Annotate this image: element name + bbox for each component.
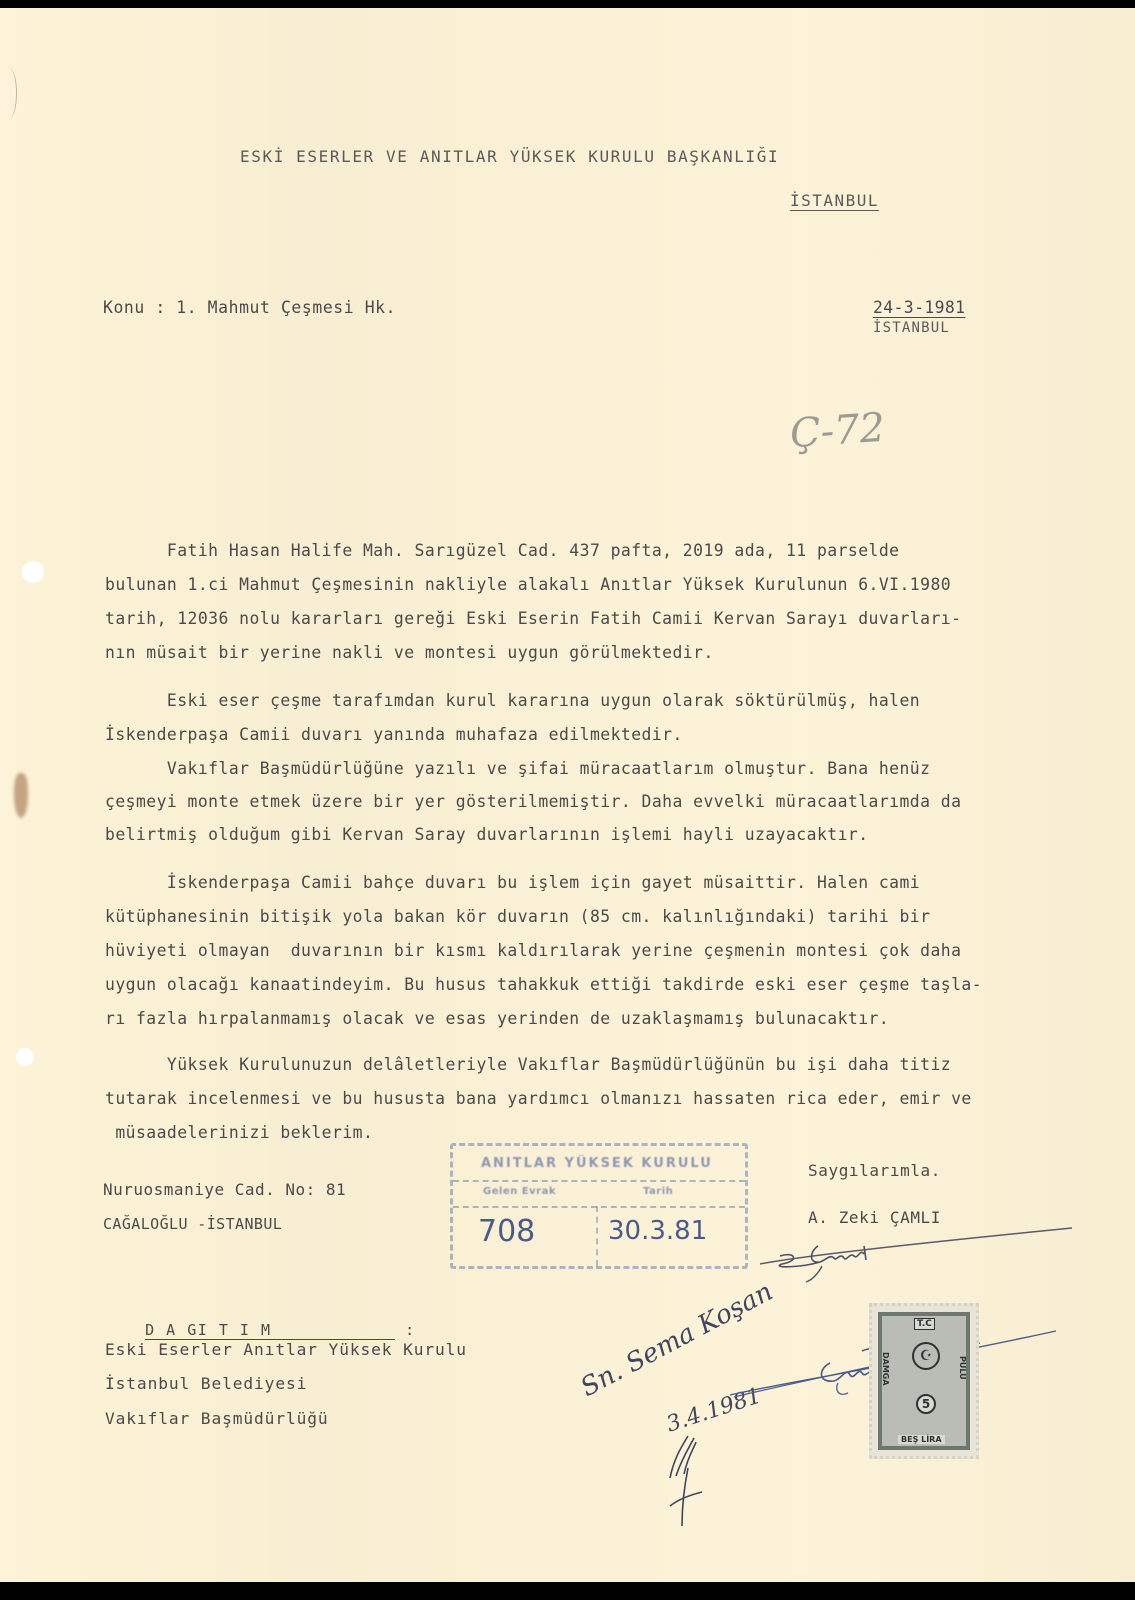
- revenue-stamp-right: PULU: [958, 1356, 967, 1380]
- handwritten-reference: Ç-72: [789, 405, 887, 458]
- body-line: bulunan 1.ci Mahmut Çeşmesinin nakliyle …: [105, 577, 951, 593]
- closing-salutation: Saygılarımla.: [808, 1163, 941, 1179]
- registry-number: 708: [478, 1214, 535, 1249]
- distribution-colon: :: [405, 1321, 416, 1339]
- body-line: Vakıflar Başmüdürlüğüne yazılı ve şifai …: [105, 761, 930, 777]
- letter-date: 24-3-1981: [873, 300, 965, 316]
- body-line: İskenderpaşa Camii duvarı yanında muhafa…: [105, 727, 683, 743]
- body-line: kütüphanesinin bitişik yola bakan kör du…: [105, 909, 930, 925]
- body-line: çeşmeyi monte etmek üzere bir yer göster…: [105, 794, 961, 810]
- sender-address-line2: CAĞALOĞLU -İSTANBUL: [103, 1217, 282, 1232]
- signature-top: [740, 1216, 1080, 1286]
- body-line: Yüksek Kurulunuzun delâletleriyle Vakıfl…: [105, 1057, 951, 1073]
- registry-stamp: ANITLAR YÜKSEK KURULU Gelen Evrak Tarih …: [450, 1143, 748, 1269]
- paper-stain: [14, 773, 28, 818]
- body-line: Eski eser çeşme tarafımdan kurul kararın…: [105, 693, 920, 709]
- body-line: hüviyeti olmayan duvarının bir kısmı kal…: [105, 943, 961, 959]
- revenue-stamp-denomination: BEŞ LİRA: [898, 1435, 945, 1444]
- stamp-header: ANITLAR YÜKSEK KURULU: [481, 1156, 713, 1171]
- crescent-star-icon: ☪: [912, 1342, 940, 1370]
- body-line: nın müsait bir yerine nakli ve montesi u…: [105, 645, 714, 661]
- body-line: uygun olacağı kanaatindeyim. Bu husus ta…: [105, 977, 982, 993]
- letter-page: ESKİ ESERLER VE ANITLAR YÜKSEK KURULU BA…: [0, 8, 1135, 1582]
- revenue-stamp: T.C DAMGA PULU ☪ 5 BEŞ LİRA: [869, 1303, 979, 1459]
- revenue-stamp-value: 5: [916, 1394, 936, 1414]
- letter-place: İSTANBUL: [873, 321, 950, 335]
- distribution-title-text: D A GI T I M: [145, 1323, 395, 1340]
- body-line: İskenderpaşa Camii bahçe duvarı bu işlem…: [105, 875, 920, 891]
- revenue-stamp-left: DAMGA: [881, 1352, 890, 1386]
- distribution-recipient: İstanbul Belediyesi: [105, 1376, 307, 1392]
- body-line: müsaadelerinizi beklerim.: [105, 1125, 373, 1141]
- subject-line: Konu : 1. Mahmut Çeşmesi Hk.: [103, 300, 396, 316]
- revenue-stamp-top: T.C: [914, 1318, 935, 1330]
- punch-hole: [22, 561, 44, 583]
- body-line: belirtmiş olduğum gibi Kervan Saray duva…: [105, 827, 869, 843]
- institution-heading: ESKİ ESERLER VE ANITLAR YÜKSEK KURULU BA…: [240, 149, 779, 165]
- sender-address-line1: Nuruosmaniye Cad. No: 81: [103, 1182, 346, 1198]
- stamp-sublabel: Tarih: [643, 1186, 673, 1197]
- stamp-sublabel: Gelen Evrak: [483, 1186, 556, 1197]
- body-line: tarih, 12036 nolu kararları gereği Eski …: [105, 611, 961, 627]
- registry-date: 30.3.81: [608, 1216, 707, 1246]
- distribution-recipient: Eski Eserler Anıtlar Yüksek Kurulu: [105, 1342, 467, 1358]
- annotation-initials: [660, 1428, 720, 1528]
- margin-mark: [2, 68, 17, 118]
- body-line: Fatih Hasan Halife Mah. Sarıgüzel Cad. 4…: [105, 543, 900, 559]
- letterhead-city: İSTANBUL: [790, 193, 879, 209]
- body-line: rı fazla hırpalanmamış olacak ve esas ye…: [105, 1011, 889, 1027]
- distribution-recipient: Vakıflar Başmüdürlüğü: [105, 1411, 329, 1427]
- body-line: tutarak incelenmesi ve bu hususta bana y…: [105, 1091, 972, 1107]
- punch-hole: [16, 1048, 34, 1066]
